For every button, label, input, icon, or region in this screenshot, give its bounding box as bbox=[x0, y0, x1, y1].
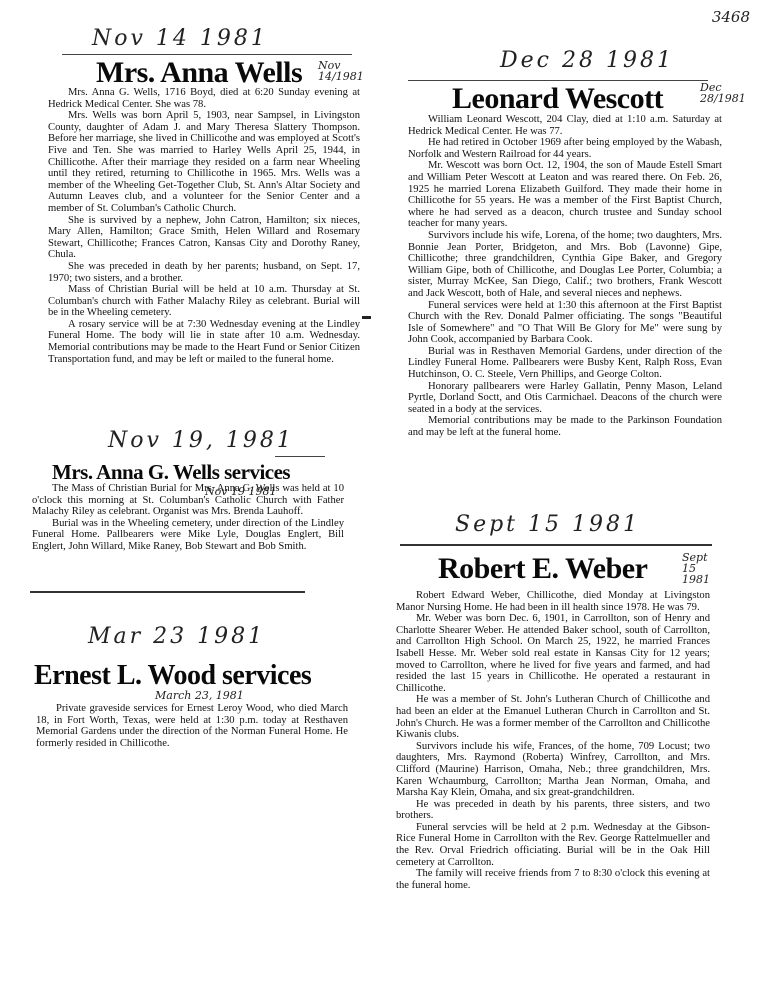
headline: Mrs. Anna Wells bbox=[96, 56, 302, 90]
paragraph: Burial was in the Wheeling cemetery, und… bbox=[32, 518, 344, 553]
article-body: William Leonard Wescott, 204 Clay, died … bbox=[408, 114, 722, 439]
margin-note: Dec 28/1981 bbox=[700, 82, 740, 104]
divider bbox=[30, 591, 305, 593]
handwritten-date: Nov 14 1981 bbox=[92, 26, 268, 51]
paragraph: The Mass of Christian Burial for Mrs. An… bbox=[32, 483, 344, 518]
handwritten-date: Dec 28 1981 bbox=[500, 48, 674, 73]
divider bbox=[62, 54, 352, 55]
margin-note: Sept 15 1981 bbox=[682, 552, 714, 585]
paragraph: He was preceded in death by his parents,… bbox=[396, 799, 710, 822]
margin-mark bbox=[362, 316, 371, 319]
paragraph: Mr. Weber was born Dec. 6, 1901, in Carr… bbox=[396, 613, 710, 694]
headline: Leonard Wescott bbox=[452, 82, 663, 116]
paragraph: Burial was in Resthaven Memorial Gardens… bbox=[408, 346, 722, 381]
paragraph: Funeral servcies will be held at 2 p.m. … bbox=[396, 822, 710, 868]
article-body: Private graveside services for Ernest Le… bbox=[36, 703, 348, 749]
handwritten-date: Nov 19, 1981 bbox=[108, 428, 294, 453]
headline: Robert E. Weber bbox=[438, 552, 647, 586]
page-number: 3468 bbox=[712, 8, 750, 26]
paragraph: Funeral services were held at 1:30 this … bbox=[408, 300, 722, 346]
paragraph: Mrs. Anna G. Wells, 1716 Boyd, died at 6… bbox=[48, 87, 360, 110]
paragraph: Mass of Christian Burial will be held at… bbox=[48, 284, 360, 319]
paragraph: Survivors include his wife, Frances, of … bbox=[396, 741, 710, 799]
paragraph: Honorary pallbearers were Harley Gallati… bbox=[408, 381, 722, 416]
paragraph: He was a member of St. John's Lutheran C… bbox=[396, 694, 710, 740]
paragraph: Mrs. Wells was born April 5, 1903, near … bbox=[48, 110, 360, 214]
divider bbox=[408, 80, 708, 81]
divider bbox=[275, 456, 325, 457]
paragraph: William Leonard Wescott, 204 Clay, died … bbox=[408, 114, 722, 137]
article-body: Mrs. Anna G. Wells, 1716 Boyd, died at 6… bbox=[48, 87, 360, 365]
paragraph: Survivors include his wife, Lorena, of t… bbox=[408, 230, 722, 300]
margin-note: March 23, 1981 bbox=[155, 690, 244, 701]
paragraph: Memorial contributions may be made to th… bbox=[408, 415, 722, 438]
paragraph: She was preceded in death by her parents… bbox=[48, 261, 360, 284]
paragraph: She is survived by a nephew, John Catron… bbox=[48, 215, 360, 261]
headline: Mrs. Anna G. Wells services bbox=[52, 460, 290, 485]
paragraph: The family will receive friends from 7 t… bbox=[396, 868, 710, 891]
divider bbox=[400, 544, 712, 546]
handwritten-date: Mar 23 1981 bbox=[88, 624, 265, 649]
article-body: The Mass of Christian Burial for Mrs. An… bbox=[32, 483, 344, 553]
paragraph: Robert Edward Weber, Chillicothe, died M… bbox=[396, 590, 710, 613]
paragraph: A rosary service will be at 7:30 Wednesd… bbox=[48, 319, 360, 365]
margin-note: Nov 14/1981 bbox=[318, 60, 358, 82]
paragraph: Mr. Wescott was born Oct. 12, 1904, the … bbox=[408, 160, 722, 230]
paragraph: Private graveside services for Ernest Le… bbox=[36, 703, 348, 749]
handwritten-date: Sept 15 1981 bbox=[455, 512, 640, 537]
article-body: Robert Edward Weber, Chillicothe, died M… bbox=[396, 590, 710, 891]
headline: Ernest L. Wood services bbox=[34, 660, 311, 692]
paragraph: He had retired in October 1969 after bei… bbox=[408, 137, 722, 160]
